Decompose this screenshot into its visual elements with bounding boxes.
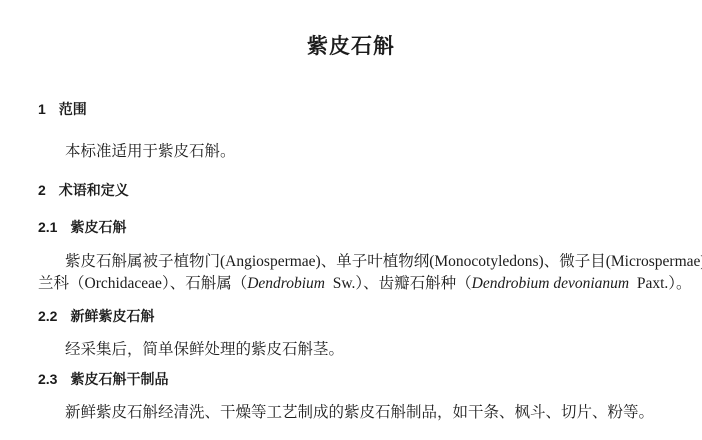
section-2-heading: 2术语和定义 bbox=[38, 182, 129, 199]
text-segment: Paxt.）。 bbox=[629, 275, 691, 292]
section-2-2-number: 2.2 bbox=[38, 308, 57, 324]
section-2-heading-label: 术语和定义 bbox=[59, 182, 129, 198]
section-2-1-heading: 2.1紫皮石斛 bbox=[38, 219, 126, 236]
section-2-1-heading-label: 紫皮石斛 bbox=[70, 219, 126, 235]
section-2-number: 2 bbox=[38, 182, 46, 198]
section-2-3-heading: 2.3紫皮石斛干制品 bbox=[38, 371, 168, 388]
latin-species-name: Dendrobium bbox=[247, 275, 325, 292]
section-2-3-paragraph: 新鲜紫皮石斛经清洗、干燥等工艺制成的紫皮石斛制品，如干条、枫斗、切片、粉等。 bbox=[65, 403, 654, 422]
document-page: 紫皮石斛 1范围 本标准适用于紫皮石斛。 2术语和定义 2.1紫皮石斛 紫皮石斛… bbox=[0, 0, 702, 440]
text-segment: Sw.）、齿瓣石斛种（ bbox=[325, 275, 472, 292]
section-2-2-heading: 2.2新鲜紫皮石斛 bbox=[38, 308, 154, 325]
text-segment: 紫皮石斛属被子植物门(Angiospermae)、单子叶植物纲(Monocoty… bbox=[65, 253, 702, 270]
section-1-heading: 1范围 bbox=[38, 101, 87, 118]
section-2-2-heading-label: 新鲜紫皮石斛 bbox=[70, 308, 154, 324]
latin-species-name: Dendrobium devonianum bbox=[472, 275, 629, 292]
section-2-1-paragraph-line-1: 紫皮石斛属被子植物门(Angiospermae)、单子叶植物纲(Monocoty… bbox=[65, 252, 702, 271]
document-title: 紫皮石斛 bbox=[0, 35, 702, 59]
section-2-2-paragraph: 经采集后，简单保鲜处理的紫皮石斛茎。 bbox=[65, 340, 344, 359]
section-2-3-number: 2.3 bbox=[38, 371, 57, 387]
section-2-3-heading-label: 紫皮石斛干制品 bbox=[70, 371, 168, 387]
section-2-1-paragraph-line-2: 兰科（Orchidaceae）、石斛属（Dendrobium Sw.）、齿瓣石斛… bbox=[38, 274, 692, 293]
text-segment: 兰科（Orchidaceae）、石斛属（ bbox=[38, 275, 247, 292]
section-1-number: 1 bbox=[38, 101, 46, 117]
section-1-paragraph: 本标准适用于紫皮石斛。 bbox=[65, 142, 236, 161]
section-2-1-number: 2.1 bbox=[38, 219, 57, 235]
section-1-heading-label: 范围 bbox=[59, 101, 87, 117]
